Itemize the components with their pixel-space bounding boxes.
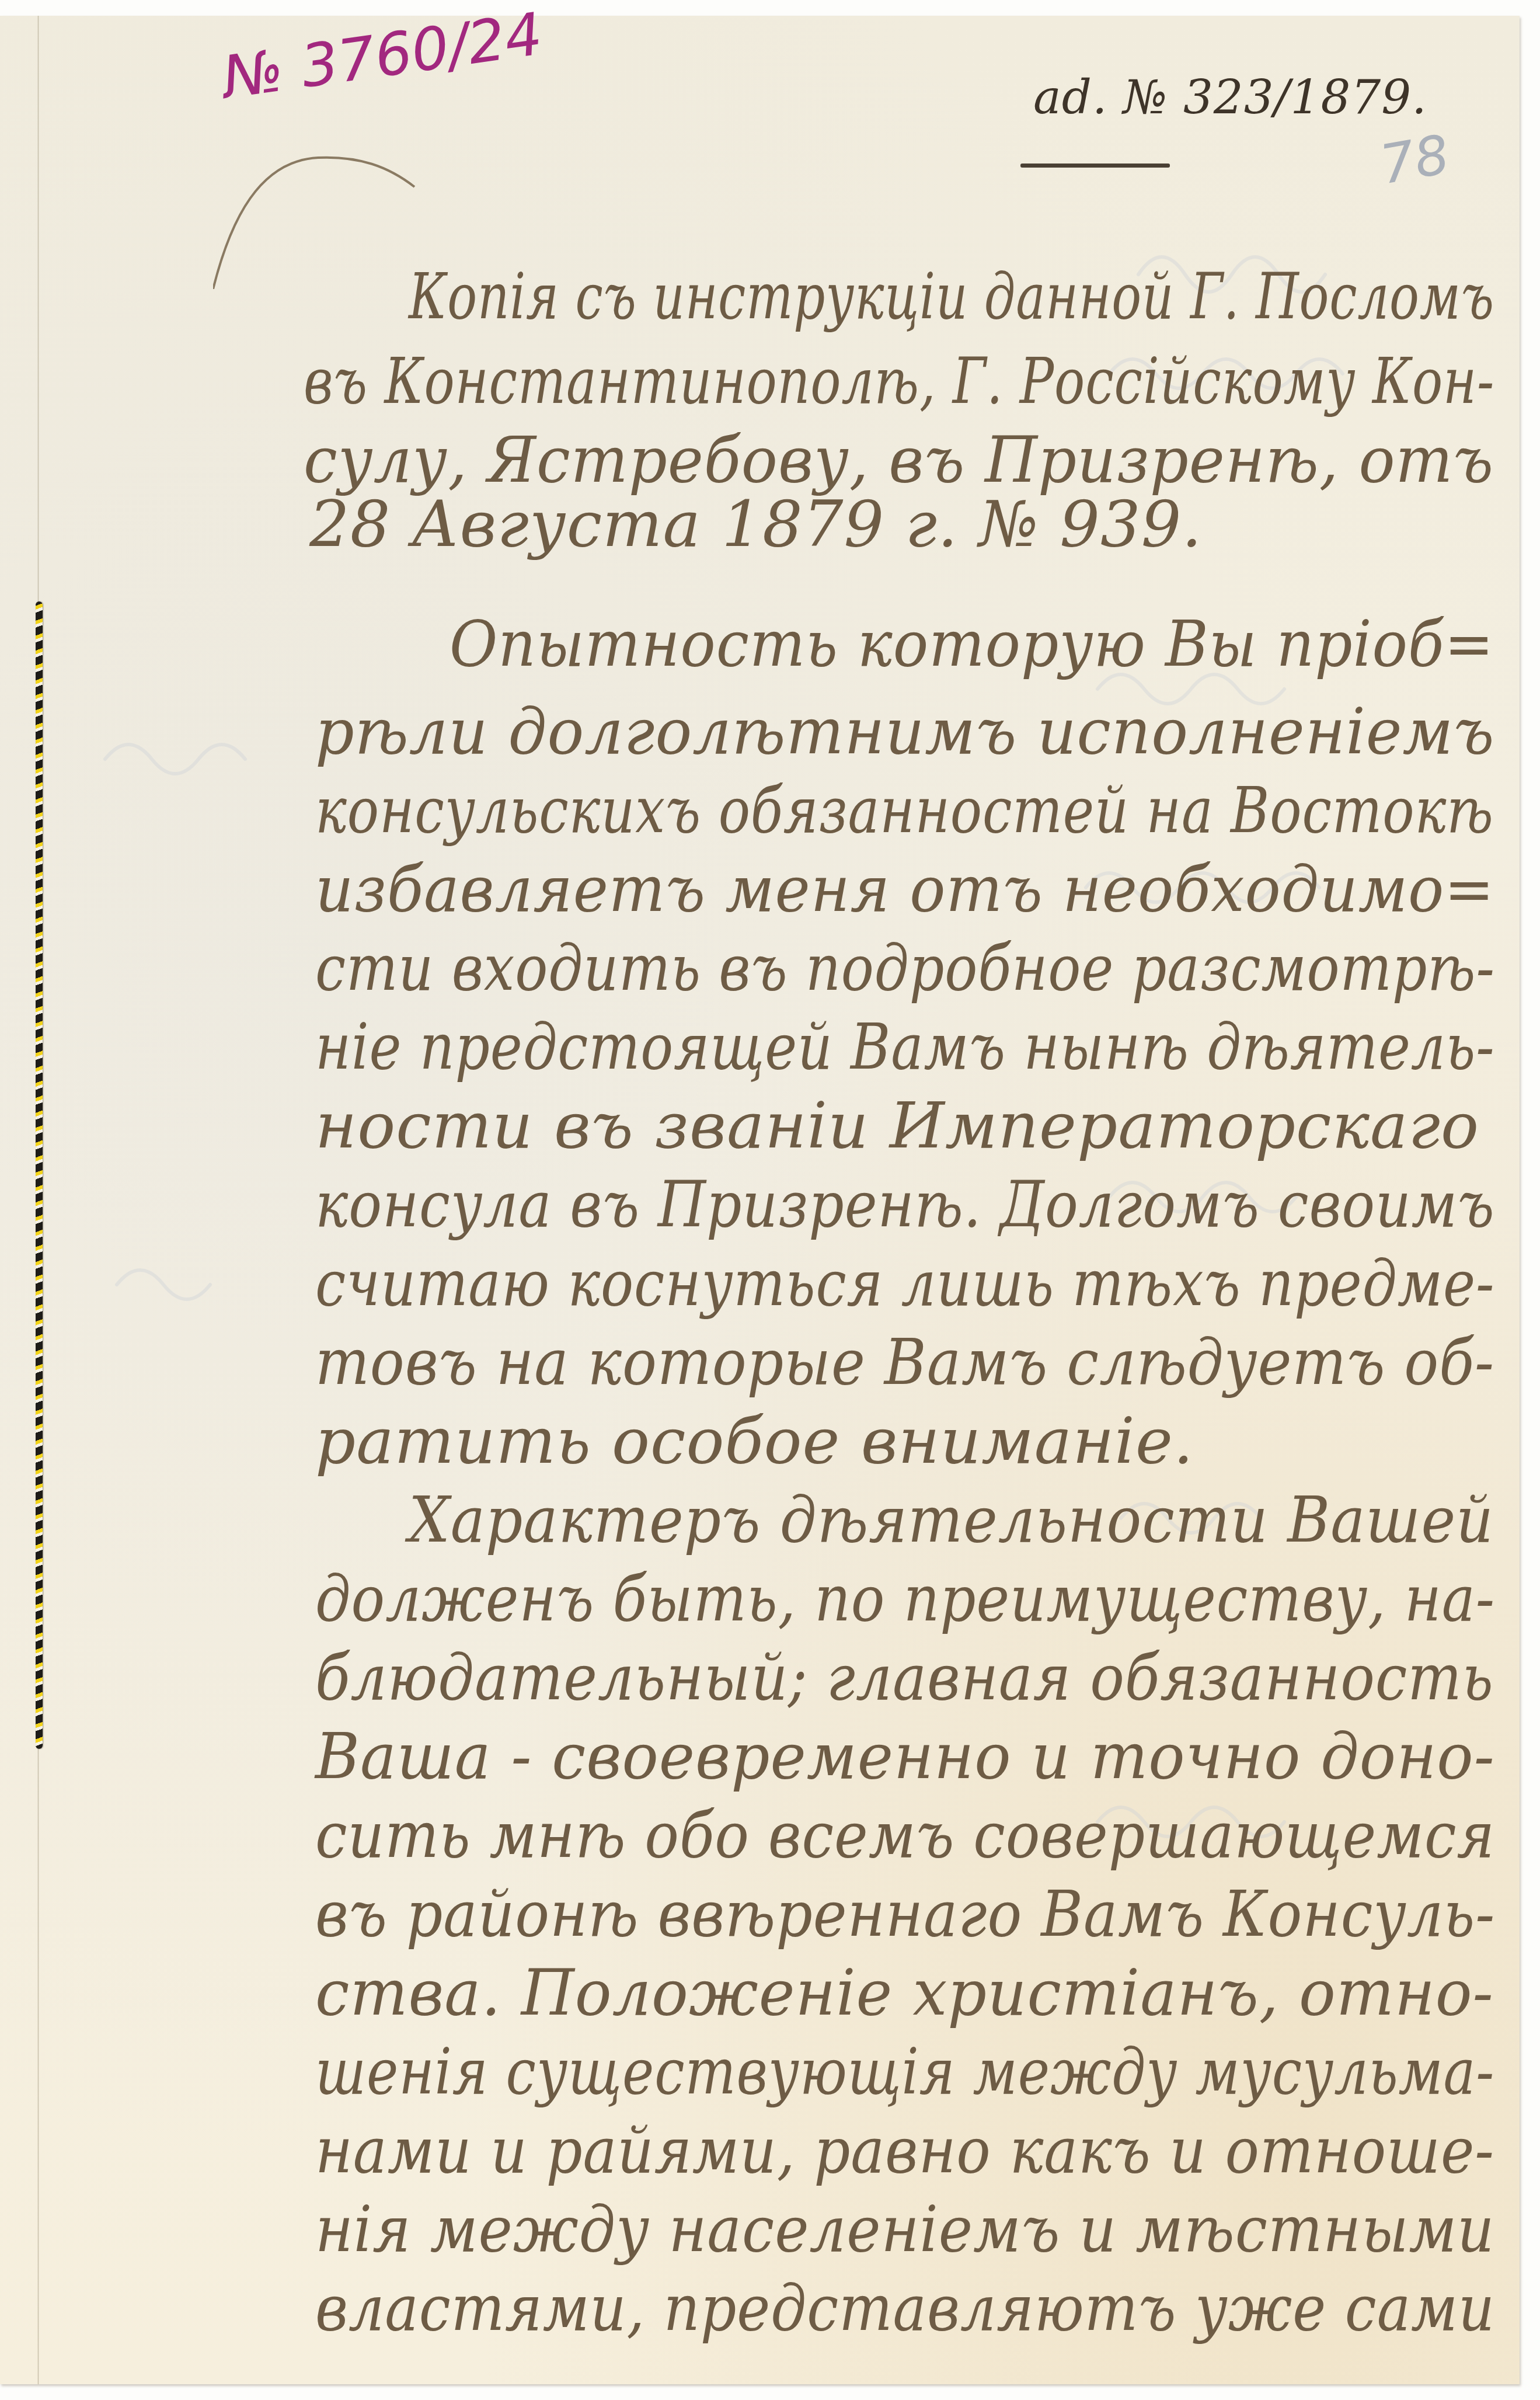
body-line: долженъ быть, по преимуществу, на- [315, 1568, 1495, 1631]
folio-number: 78 [1376, 123, 1454, 197]
body-line: нами и райями, равно какъ и отноше- [315, 2120, 1494, 2183]
body-line: консула въ Призренѣ. Долгомъ своимъ [315, 1174, 1495, 1237]
body-line: Характеръ дѣятельности Вашей [409, 1489, 1494, 1552]
body-line: рѣли долголѣтнимъ исполненіемъ [315, 701, 1494, 764]
body-line: блюдательный; главная обязанность [315, 1647, 1494, 1710]
title-line-2: въ Константинополѣ, Г. Россійскому Кон- [304, 350, 1494, 413]
reference-number: ad. № 323/1879. [1033, 70, 1427, 124]
body-line: сти входить въ подробное разсмотрѣ- [315, 937, 1495, 1000]
body-line: ства. Положеніе христіанъ, отно- [315, 1962, 1494, 2025]
body-line: товъ на которые Вамъ слѣдуетъ об- [315, 1331, 1494, 1394]
body-line: нія между населеніемъ и мѣстными [315, 2199, 1495, 2262]
flourish-ornament [213, 149, 423, 289]
title-line-1: Копія съ инструкціи данной Г. Посломъ [409, 266, 1494, 329]
body-line: ности въ званіи Императорскаго [315, 1095, 1479, 1158]
body-line: Опытность которую Вы пріоб= [450, 613, 1494, 676]
reference-underline [1020, 164, 1170, 168]
body-line: консульскихъ обязанностей на Востокѣ [315, 780, 1494, 843]
body-line: считаю коснуться лишь тѣхъ предме- [315, 1253, 1494, 1316]
body-line: ратить особое вниманіе. [315, 1410, 1194, 1473]
body-line: избавляетъ меня отъ необходимо= [315, 858, 1494, 921]
body-line: въ районѣ ввѣреннаго Вамъ Консуль- [315, 1883, 1495, 1946]
binding-cord [36, 601, 43, 1749]
body-line: ніе предстоящей Вамъ нынѣ дѣятель- [315, 1016, 1495, 1079]
body-line: Ваша - своевременно и точно доно- [315, 1726, 1495, 1789]
body-line: сить мнѣ обо всемъ совершающемся [315, 1804, 1495, 1867]
body-line: шенія существующія между мусульма- [315, 2041, 1494, 2104]
body-line: властями, представляютъ уже сами [315, 2277, 1495, 2340]
title-line-4: 28 Августа 1879 г. № 939. [309, 493, 1203, 556]
title-line-3: сулу, Ястребову, въ Призренѣ, отъ [304, 429, 1494, 492]
